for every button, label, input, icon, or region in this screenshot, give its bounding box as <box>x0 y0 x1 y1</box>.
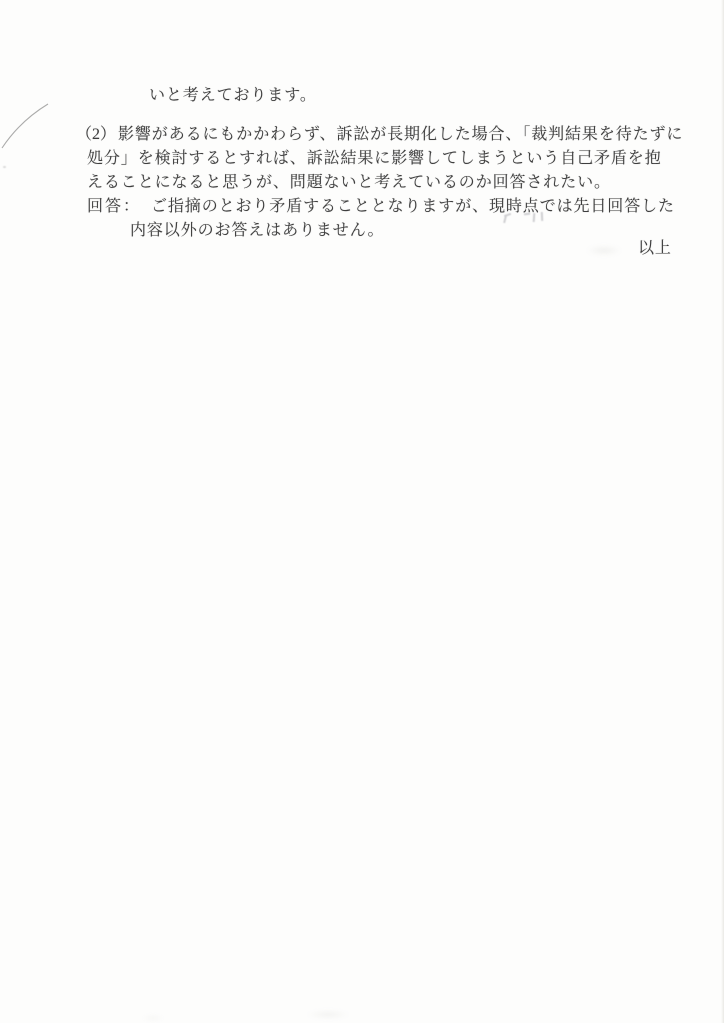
scan-crease-mark <box>0 95 60 165</box>
scan-smudge-3 <box>142 1015 164 1021</box>
scan-smudge-1 <box>586 245 622 256</box>
answer-line-1: 回答：ご指摘のとおり矛盾することとなりますが、現時点では先日回答した <box>87 198 675 215</box>
question-item-line-1: （2）影響があるにもかかわらず、訴訟が長期化した場合、「裁判結果を待たずに <box>76 126 683 143</box>
answer-text-2: 内容以外のお答えはありません。 <box>130 222 384 239</box>
item-number-marker: （2） <box>76 126 118 143</box>
carryover-line: いと考えております。 <box>149 87 317 104</box>
question-text-2: 処分」を検討するとすれば、訴訟結果に影響してしまうという自己矛盾を抱 <box>87 150 662 167</box>
question-text-3: えることになると思うが、問題ないと考えているのか回答されたい。 <box>87 174 611 191</box>
answer-text-1: ご指摘のとおり矛盾することとなりますが、現時点では先日回答した <box>151 198 675 215</box>
scan-speck <box>3 166 6 168</box>
pencil-smudge <box>502 210 554 226</box>
question-text-1: 影響があるにもかかわらず、訴訟が長期化した場合、「裁判結果を待たずに <box>118 126 683 143</box>
scanned-document-page: いと考えております。 （2）影響があるにもかかわらず、訴訟が長期化した場合、「裁… <box>0 0 724 1023</box>
scan-smudge-2 <box>306 1010 350 1019</box>
answer-label: 回答： <box>87 198 151 215</box>
closing-mark: 以上 <box>638 240 672 257</box>
